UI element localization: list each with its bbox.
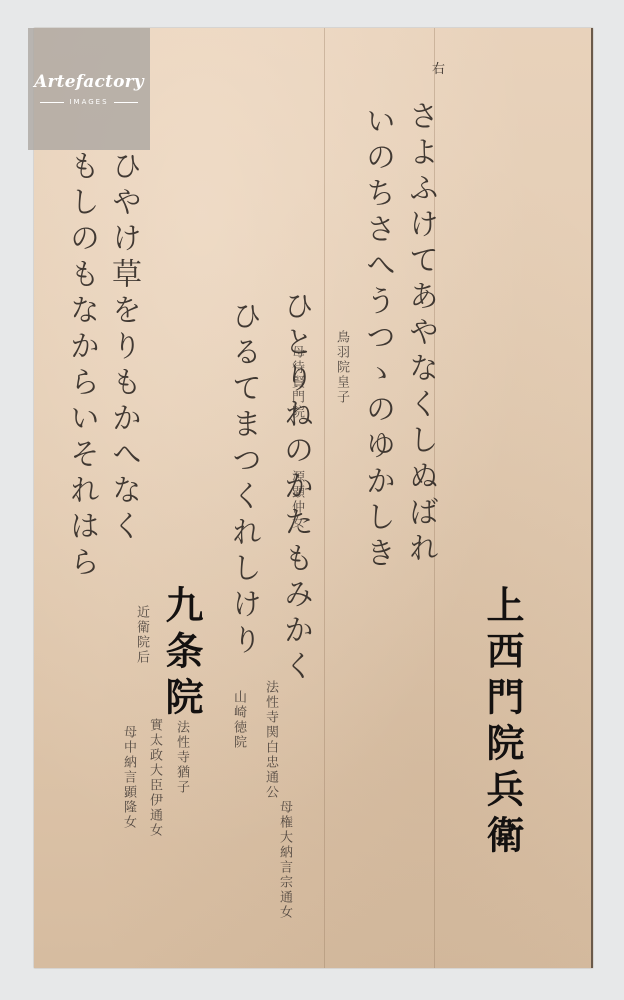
annotation: 母権大納言宗通女 [278, 800, 291, 920]
left-poem-column-2: もしのもなからいそれはら [66, 150, 96, 582]
annotation: 法性寺関白忠通公 [264, 680, 277, 800]
author-name: 上西門院兵衛 [483, 585, 521, 861]
annotation: 山崎徳院 [232, 690, 245, 750]
annotation: 法性寺猶子 [175, 720, 188, 795]
watermark-brand: Artefactory [28, 72, 150, 92]
poem-column-4: ひるてまつくれしけり [228, 300, 258, 660]
annotation: 鳥羽院皇子 [335, 330, 348, 405]
watermark-rule [114, 102, 138, 103]
left-author-name: 九条院 [162, 585, 200, 723]
paper-fold-line [324, 28, 325, 968]
annotation: 近衛院后 [135, 605, 148, 665]
annotation: 母待賢門院 [290, 345, 303, 420]
position-marker: 右 [432, 58, 445, 77]
annotation: 母中納言顕隆女 [122, 725, 135, 830]
poem-column-1: さよふけてあやなくしぬばれ [405, 100, 435, 568]
annotation: 源顕仲女 [290, 470, 303, 530]
annotation: 實太政大臣伊通女 [148, 718, 161, 838]
poem-column-2: いのちさへうつゝのゆかしき [362, 105, 392, 573]
left-poem-column-1: ひやけ草をりもかへなく [108, 150, 138, 546]
watermark: Artefactory IMAGES [28, 28, 150, 150]
